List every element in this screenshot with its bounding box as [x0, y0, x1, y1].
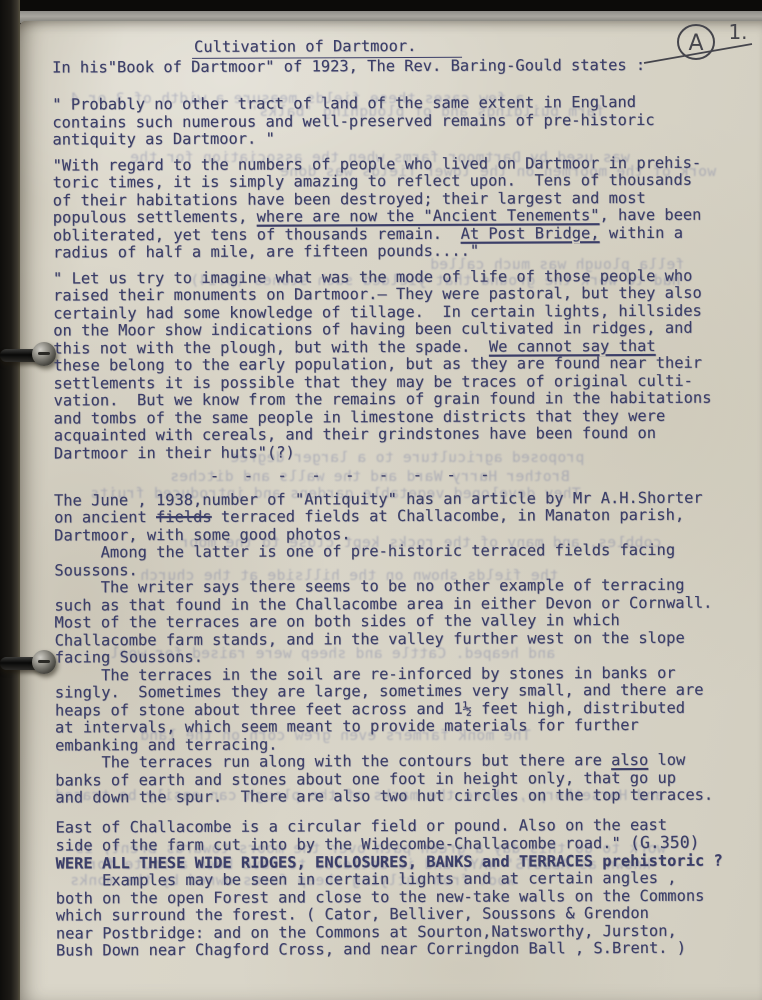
reference-code: (G.350)	[630, 833, 700, 852]
section-divider: - - - - - - - - -	[54, 465, 754, 486]
quote-paragraph-3: " Let us try to imagine what was the mod…	[53, 267, 754, 463]
p2-underlined-ancient-tenements: where are now the "Ancient Tenements"	[257, 206, 600, 225]
paragraph-terraces-soil: The terraces in the soil are re-inforced…	[55, 664, 755, 755]
byline: In his"Book of Dartmoor" of 1923, The Re…	[52, 56, 752, 77]
page-title: Cultivation of Dartmoor.	[192, 38, 462, 59]
paragraph-writer-says: The writer says there seems to be no oth…	[54, 576, 754, 667]
quote-paragraph-1: " Probably no other tract of land of the…	[52, 93, 752, 149]
p2-underlined-post-bridge: At Post Bridge,	[461, 224, 600, 243]
p4-struck-word: fields	[156, 508, 212, 526]
binder-screw-slot-icon	[38, 352, 50, 355]
p9-text: East of Challacombe is a circular field …	[55, 815, 667, 854]
typed-text-column: Cultivation of Dartmoor. In his"Book of …	[52, 36, 756, 960]
paragraph-terraces-contours: The terraces run along with the contours…	[55, 751, 755, 807]
p3-text: these belong to the early population, bu…	[53, 336, 711, 462]
title-row: Cultivation of Dartmoor.	[192, 36, 752, 58]
binder-ring-bottom	[0, 648, 62, 678]
p3-underlined-we-cannot-say: We cannot say that	[489, 336, 656, 355]
binder-spine	[0, 0, 20, 1000]
p8-underlined-also: also	[611, 751, 648, 769]
paragraph-among-latter: Among the latter is one of pre-historic …	[54, 541, 754, 579]
photo-frame: a few cases these fields measure a width…	[0, 0, 762, 1000]
paragraph-antiquity: The June , 1938,number of "Antiquity" ha…	[54, 489, 754, 545]
paragraph-east-challacombe: East of Challacombe is a circular field …	[55, 816, 755, 855]
paragraph-examples: Examples may be seen in certain lights a…	[56, 869, 756, 960]
quote-paragraph-2: "With regard to the numbers of people wh…	[53, 154, 753, 262]
binder-screw-slot-icon	[38, 660, 50, 663]
